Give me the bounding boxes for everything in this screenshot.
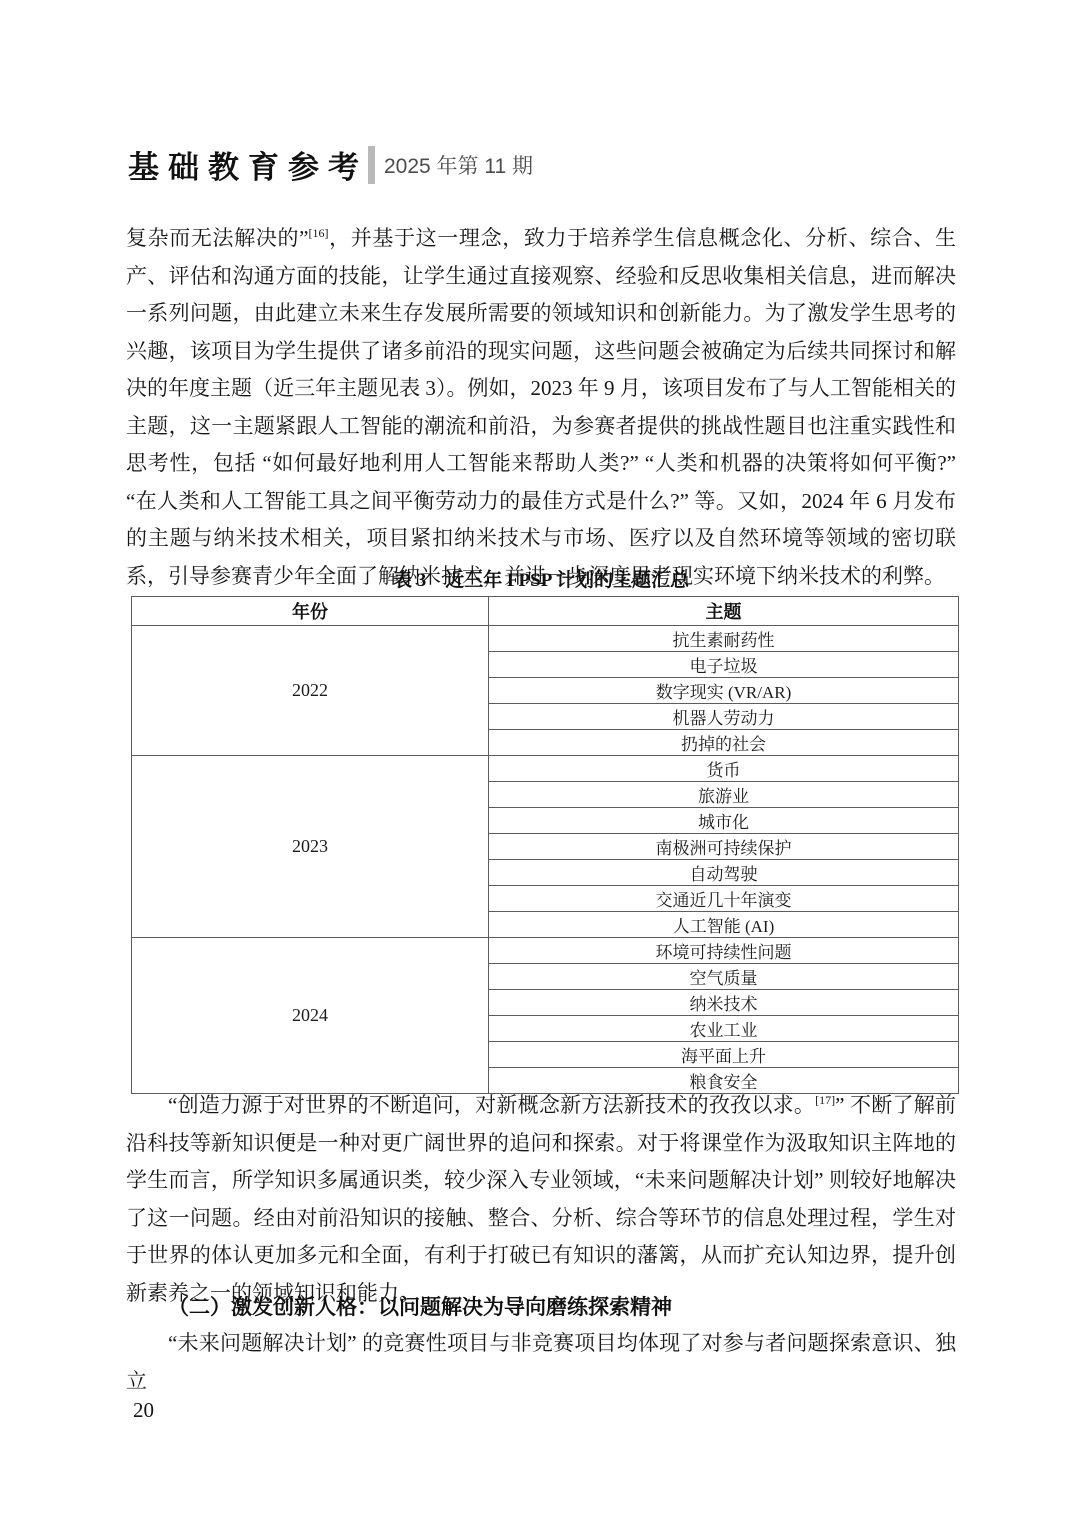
theme-cell: 人工智能 (AI) <box>489 912 959 938</box>
page-number: 20 <box>133 1398 154 1423</box>
paragraph-text: 复杂而无法解决的” <box>126 226 308 250</box>
header-divider-bar <box>368 146 375 184</box>
theme-cell: 交通近几十年演变 <box>489 886 959 912</box>
theme-cell: 纳米技术 <box>489 990 959 1016</box>
table-header-row: 年份 主题 <box>132 597 959 626</box>
theme-cell: 抗生素耐药性 <box>489 626 959 652</box>
year-cell-2023: 2023 <box>132 756 489 938</box>
theme-cell: 城市化 <box>489 808 959 834</box>
document-page: 基础教育参考 2025 年第 11 期 复杂而无法解决的”[16]，并基于这一理… <box>0 0 1080 1528</box>
issue-label: 2025 年第 11 期 <box>384 150 533 180</box>
body-paragraph-3: “未来问题解决计划” 的竞赛性项目与非竞赛项目均体现了对参与者问题探索意识、独立 <box>126 1325 956 1400</box>
theme-cell: 货币 <box>489 756 959 782</box>
theme-cell: 环境可持续性问题 <box>489 938 959 964</box>
theme-cell: 电子垃圾 <box>489 652 959 678</box>
theme-cell: 空气质量 <box>489 964 959 990</box>
table-row: 2022 抗生素耐药性 <box>132 626 959 652</box>
table-caption: 表 3 近三年 FPSP 计划的主题汇总 <box>126 565 956 592</box>
theme-cell: 海平面上升 <box>489 1042 959 1068</box>
table-row: 2023 货币 <box>132 756 959 782</box>
paragraph-text: ，并基于这一理念，致力于培养学生信息概念化、分析、综合、生产、评估和沟通方面的技… <box>126 226 956 588</box>
body-paragraph-2: “创造力源于对世界的不断追问，对新概念新方法新技术的孜孜以求。[17]” 不断了… <box>126 1087 956 1312</box>
fpsp-themes-table: 年份 主题 2022 抗生素耐药性 电子垃圾 数字现实 (VR/AR) 机器人劳… <box>131 596 959 1094</box>
footnote-ref-17: [17] <box>815 1093 835 1107</box>
theme-cell: 自动驾驶 <box>489 860 959 886</box>
year-cell-2024: 2024 <box>132 938 489 1094</box>
theme-cell: 机器人劳动力 <box>489 704 959 730</box>
paragraph-text: ” 不断了解前沿科技等新知识便是一种对更广阔世界的追问和探索。对于将课堂作为汲取… <box>126 1093 956 1305</box>
table-row: 2024 环境可持续性问题 <box>132 938 959 964</box>
theme-cell: 扔掉的社会 <box>489 730 959 756</box>
theme-cell: 农业工业 <box>489 1016 959 1042</box>
theme-cell: 旅游业 <box>489 782 959 808</box>
page-header: 基础教育参考 2025 年第 11 期 <box>128 142 533 187</box>
section-heading: （二）激发创新人格：以问题解决为导向磨练探索精神 <box>126 1291 956 1321</box>
body-paragraph-1: 复杂而无法解决的”[16]，并基于这一理念，致力于培养学生信息概念化、分析、综合… <box>126 220 956 595</box>
footnote-ref-16: [16] <box>308 226 328 240</box>
column-header-year: 年份 <box>132 597 489 626</box>
journal-title: 基础教育参考 <box>128 142 368 187</box>
year-cell-2022: 2022 <box>132 626 489 756</box>
column-header-theme: 主题 <box>489 597 959 626</box>
theme-cell: 数字现实 (VR/AR) <box>489 678 959 704</box>
theme-cell: 南极洲可持续保护 <box>489 834 959 860</box>
paragraph-text: “创造力源于对世界的不断追问，对新概念新方法新技术的孜孜以求。 <box>168 1093 815 1117</box>
